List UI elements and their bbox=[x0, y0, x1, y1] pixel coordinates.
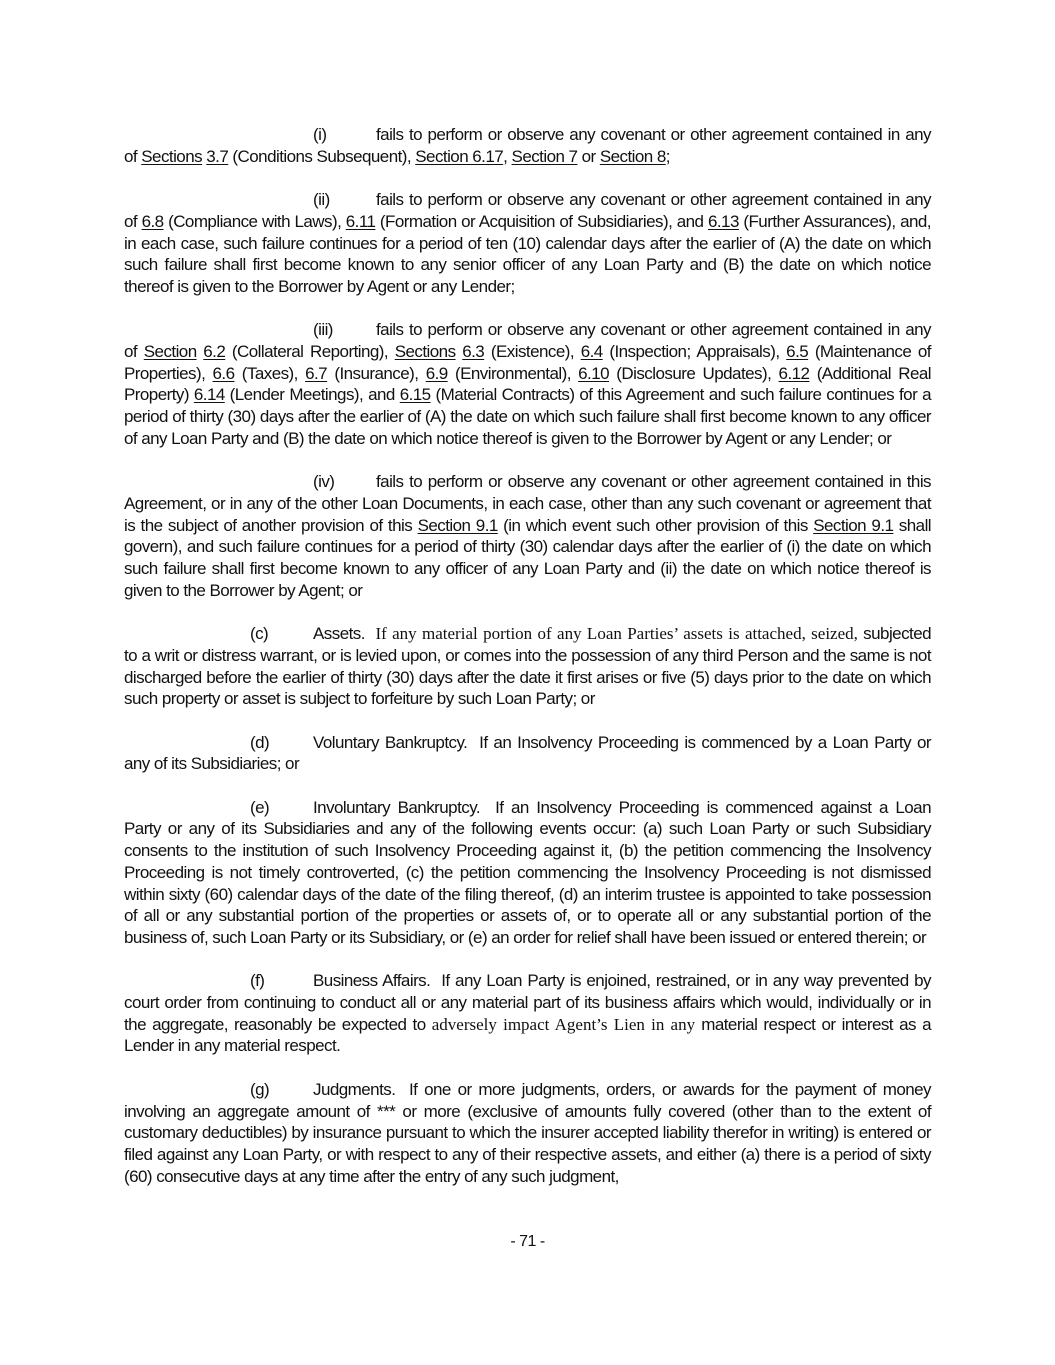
clause-f: (f)Business Affairs. If any Loan Party i… bbox=[124, 970, 931, 1057]
clause-text: , bbox=[503, 147, 511, 166]
section-reference-link[interactable]: 6.5 bbox=[786, 342, 808, 361]
clause-text: (Disclosure Updates), bbox=[609, 364, 779, 383]
clause-label: (ii) bbox=[313, 189, 376, 211]
clause-label: (iv) bbox=[313, 471, 376, 493]
section-reference-link[interactable]: 6.2 bbox=[203, 342, 225, 361]
clause-text: (Lender Meetings), and bbox=[225, 385, 400, 404]
clause-text: or bbox=[577, 147, 599, 166]
clause-text: (Formation or Acquisition of Subsidiarie… bbox=[375, 212, 708, 231]
clause-text: (Insurance), bbox=[327, 364, 426, 383]
section-reference-link[interactable]: Section 9.1 bbox=[813, 516, 893, 535]
section-reference-link[interactable]: Section 7 bbox=[512, 147, 578, 166]
section-reference-link[interactable]: 6.4 bbox=[581, 342, 603, 361]
section-reference-link[interactable]: 6.9 bbox=[426, 364, 448, 383]
clause-text: If one or more judgments, orders, or awa… bbox=[124, 1080, 931, 1186]
page-number: - 71 - bbox=[0, 1233, 1055, 1251]
clause-heading: Involuntary Bankruptcy. bbox=[313, 798, 480, 817]
clause-text: If an Insolvency Proceeding is commenced… bbox=[124, 733, 931, 774]
clause-i: (i)fails to perform or observe any coven… bbox=[124, 124, 931, 167]
clause-label: (i) bbox=[313, 124, 376, 146]
clause-text: (Environmental), bbox=[448, 364, 578, 383]
clause-g: (g)Judgments. If one or more judgments, … bbox=[124, 1079, 931, 1188]
section-reference-link[interactable]: Section 9.1 bbox=[418, 516, 498, 535]
clause-iv: (iv)fails to perform or observe any cove… bbox=[124, 471, 931, 601]
section-reference-link[interactable]: 6.10 bbox=[578, 364, 609, 383]
clause-text: adversely impact Agent’s Lien in any bbox=[432, 1015, 695, 1034]
section-reference-link[interactable]: 3.7 bbox=[206, 147, 228, 166]
clause-label: (g) bbox=[250, 1079, 313, 1101]
clause-heading: Assets. bbox=[313, 624, 365, 643]
clause-label: (f) bbox=[250, 970, 313, 992]
clause-heading: Judgments. bbox=[313, 1080, 395, 1099]
clause-label: (c) bbox=[250, 623, 313, 645]
section-reference-link[interactable]: Section 8 bbox=[600, 147, 666, 166]
section-reference-link[interactable]: 6.7 bbox=[305, 364, 327, 383]
section-reference-link[interactable]: 6.14 bbox=[194, 385, 225, 404]
section-reference-link[interactable]: 6.3 bbox=[462, 342, 484, 361]
section-reference-link[interactable]: 6.15 bbox=[400, 385, 431, 404]
clause-text: (Compliance with Laws), bbox=[164, 212, 346, 231]
section-reference-link[interactable]: 6.13 bbox=[708, 212, 739, 231]
section-reference-link[interactable]: 6.6 bbox=[213, 364, 235, 383]
section-reference-link[interactable]: 6.11 bbox=[346, 212, 376, 231]
clause-text: (Conditions Subsequent), bbox=[228, 147, 415, 166]
clause-text: If an Insolvency Proceeding is commenced… bbox=[124, 798, 931, 947]
clause-text: If any material portion of any Loan Part… bbox=[375, 624, 857, 643]
clause-label: (iii) bbox=[313, 319, 376, 341]
clause-text: (in which event such other provision of … bbox=[498, 516, 813, 535]
clause-text: (Collateral Reporting), bbox=[225, 342, 394, 361]
section-reference-link[interactable]: Section bbox=[144, 342, 197, 361]
clause-iii: (iii)fails to perform or observe any cov… bbox=[124, 319, 931, 449]
clause-heading: Voluntary Bankruptcy. bbox=[313, 733, 467, 752]
clause-label: (d) bbox=[250, 732, 313, 754]
section-reference-link[interactable]: 6.8 bbox=[142, 212, 164, 231]
clause-c: (c)Assets. If any material portion of an… bbox=[124, 623, 931, 710]
section-reference-link[interactable]: Sections bbox=[395, 342, 456, 361]
clause-text: ; bbox=[666, 147, 670, 166]
clause-e: (e)Involuntary Bankruptcy. If an Insolve… bbox=[124, 797, 931, 949]
section-reference-link[interactable]: Sections bbox=[141, 147, 202, 166]
clause-text: (Existence), bbox=[484, 342, 580, 361]
clause-heading: Business Affairs. bbox=[313, 971, 430, 990]
clause-label: (e) bbox=[250, 797, 313, 819]
clause-ii: (ii)fails to perform or observe any cove… bbox=[124, 189, 931, 298]
section-reference-link[interactable]: Section 6.17 bbox=[415, 147, 503, 166]
clause-text: (Taxes), bbox=[235, 364, 306, 383]
section-reference-link[interactable]: 6.12 bbox=[779, 364, 810, 383]
clause-text: (Inspection; Appraisals), bbox=[603, 342, 787, 361]
document-page: (i)fails to perform or observe any coven… bbox=[124, 124, 931, 1209]
clause-d: (d)Voluntary Bankruptcy. If an Insolvenc… bbox=[124, 732, 931, 775]
